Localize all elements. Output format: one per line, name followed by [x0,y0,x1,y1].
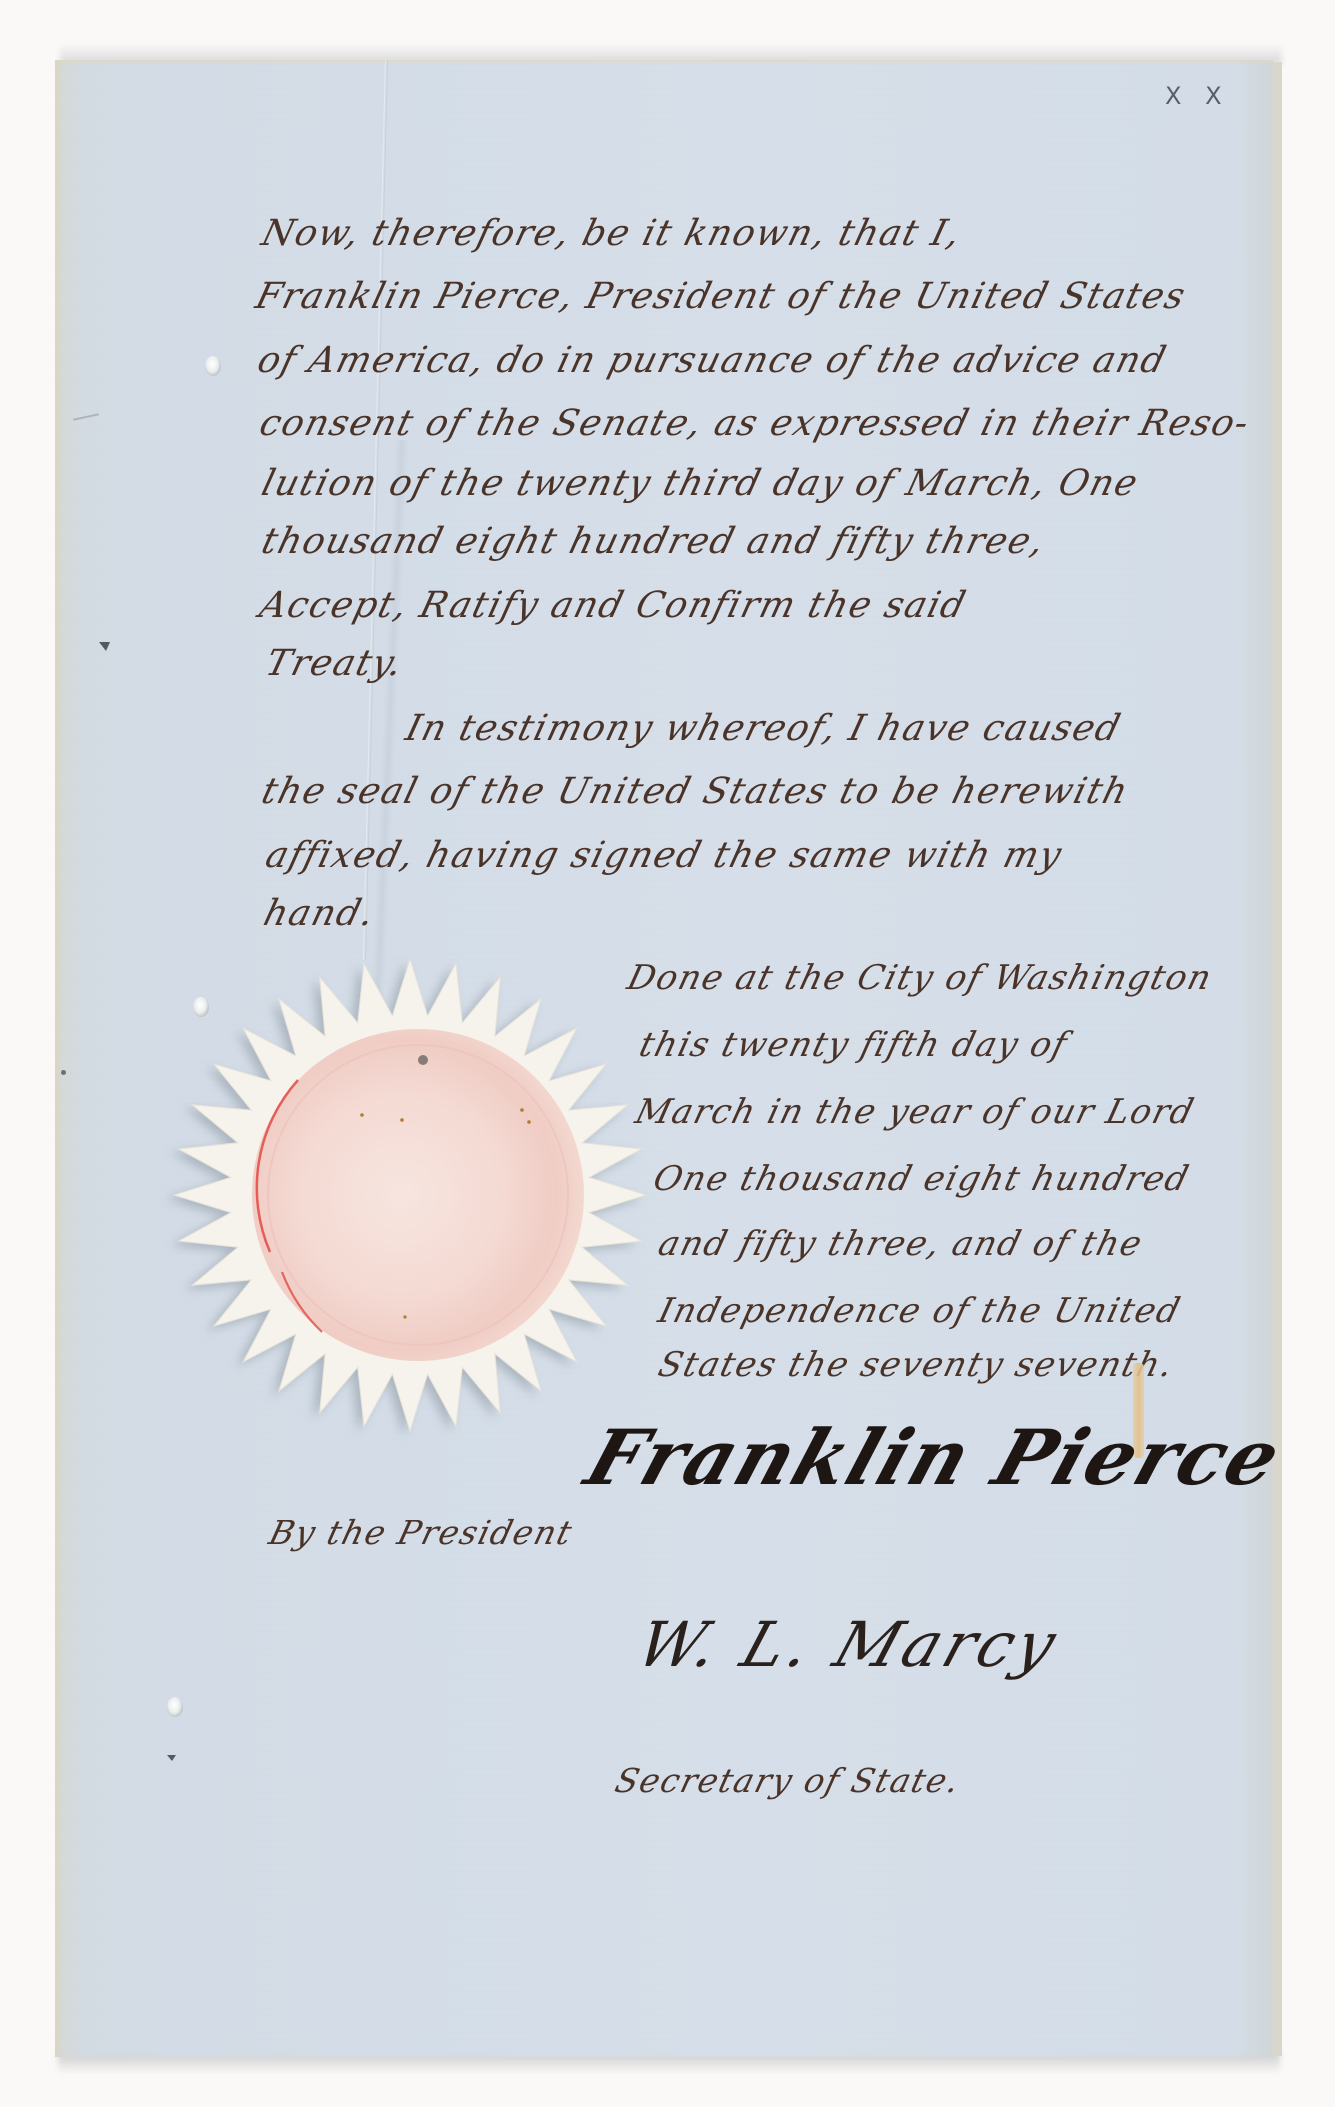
edge-dot [61,1070,66,1075]
testimony-line-1: In testimony whereof, I have caused [402,711,1125,747]
testimony-line-4: hand. [260,896,379,932]
binding-notch-icon [167,1755,176,1761]
great-seal-wafer [172,962,648,1428]
punch-hole-icon [205,356,221,376]
dating-line-2: this twenty fifth day of [636,1028,1071,1062]
punch-hole-icon [167,1697,183,1717]
body-line-3: of America, do in pursuance of the advic… [254,343,1170,379]
body-line-6: thousand eight hundred and fifty three, [258,524,1049,560]
binding-notch-icon [99,642,110,651]
corner-mark: X X [1165,82,1230,110]
secretary-title: Secretary of State. [612,1764,964,1797]
dating-line-5: and fifty three, and of the [655,1227,1146,1261]
dating-line-3: March in the year of our Lord [632,1095,1198,1129]
dating-line-7: States the seventy seventh. [655,1348,1177,1382]
body-line-4: consent of the Senate, as expressed in t… [256,406,1253,442]
body-line-7: Accept, Ratify and Confirm the said [256,588,970,624]
testimony-line-3: affixed, having signed the same with my [262,838,1066,874]
seal-star-icon [172,962,648,1428]
body-line-1: Now, therefore, be it known, that I, [258,216,965,252]
body-line-5: lution of the twenty third day of March,… [258,466,1142,502]
secretary-signature: W. L. Marcy [630,1614,1067,1676]
testimony-line-2: the seal of the United States to be here… [258,774,1132,810]
attestation-line: By the President [266,1516,576,1549]
dating-line-6: Independence of the United [655,1294,1185,1328]
edge-tear [73,413,99,420]
body-line-8: Treaty. [262,646,407,682]
body-line-2: Franklin Pierce, President of the United… [252,279,1190,315]
dating-line-1: Done at the City of Washington [624,961,1216,995]
dating-line-4: One thousand eight hundred [650,1162,1193,1196]
president-signature: Franklin Pierce [578,1420,1291,1496]
